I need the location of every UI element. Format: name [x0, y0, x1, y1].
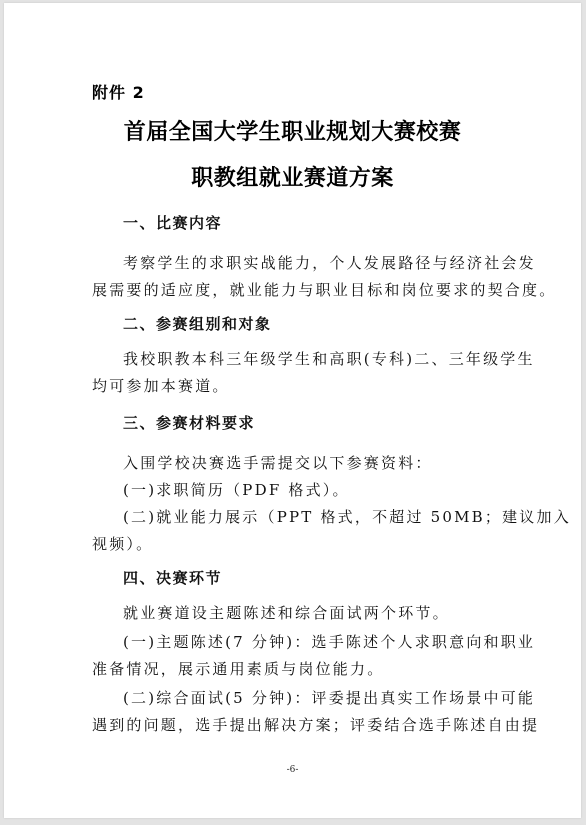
section-1-line-1: 考察学生的求职实战能力，个人发展路径与经济社会发	[123, 254, 536, 272]
section-2-line-1: 我校职教本科三年级学生和高职(专科)二、三年级学生	[123, 350, 535, 368]
section-4-line-2: (一)主题陈述(7 分钟)：选手陈述个人求职意向和职业	[123, 633, 535, 651]
section-4-line-3: 准备情况，展示通用素质与岗位能力。	[92, 660, 384, 678]
section-heading-3: 三、参赛材料要求	[123, 414, 255, 432]
document-title-line-2: 职教组就业赛道方案	[4, 165, 581, 191]
section-4-line-1: 就业赛道设主题陈述和综合面试两个环节。	[123, 604, 450, 622]
section-3-line-2: (一)求职简历（PDF 格式）。	[123, 481, 350, 499]
section-3-line-3: (二)就业能力展示（PPT 格式，不超过 50MB；建议加入	[123, 508, 571, 526]
section-3-line-4: 视频）。	[92, 535, 153, 553]
section-heading-2: 二、参赛组别和对象	[123, 315, 272, 333]
section-2-line-2: 均可参加本赛道。	[92, 377, 230, 395]
document-title-line-1: 首届全国大学生职业规划大赛校赛	[4, 119, 581, 145]
section-heading-1: 一、比赛内容	[123, 214, 222, 232]
section-heading-4: 四、决赛环节	[123, 569, 222, 587]
section-4-line-5: 遇到的问题，选手提出解决方案；评委结合选手陈述自由提	[92, 716, 539, 734]
attachment-label: 附件 2	[92, 84, 145, 102]
section-3-line-1: 入围学校决赛选手需提交以下参赛资料：	[123, 454, 433, 472]
section-4-line-4: (二)综合面试(5 分钟)：评委提出真实工作场景中可能	[123, 689, 535, 707]
page-number: -6-	[4, 761, 581, 779]
section-1-line-2: 展需要的适应度，就业能力与职业目标和岗位要求的契合度。	[92, 281, 556, 299]
document-page: 附件 2 首届全国大学生职业规划大赛校赛 职教组就业赛道方案 一、比赛内容 考察…	[4, 3, 581, 818]
